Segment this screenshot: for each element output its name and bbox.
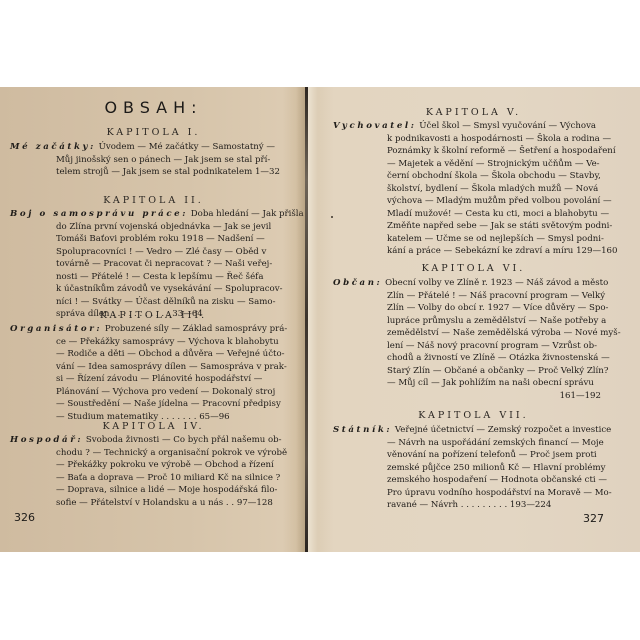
entry-line: černí obchodní škola — Škola obchodu — S… [387,170,607,183]
chapter-entry-7: Státník: Veřejné účetnictví — Zemský roz… [387,424,607,512]
gutter-shadow [296,87,305,552]
entry-line: chodu ? — Technický a organisační pokrok… [56,447,266,460]
entry-line: k podnikavosti a hospodárnosti — Škola a… [387,133,607,146]
entry-line: Můj jinošský sen o pánech — Jak jsem se … [56,154,266,167]
chapter-heading-3: KAPITOLA III. [0,310,307,321]
entry-line: Poznámky k školní reformě — Šetření a ho… [387,145,607,158]
chapter-heading-2: KAPITOLA II. [0,195,307,206]
entry-line: Spolupracovníci ! — Vedro — Zlé časy — O… [56,246,266,259]
right-page: KAPITOLA V. Vychovatel: Účel škol — Smys… [307,87,640,552]
entry-line: výchova — Mladým mužům před volbou povol… [387,195,607,208]
entry-line: katelem — Učme se od nejlepších — Smysl … [387,233,607,246]
chapter-entry-6: Občan: Obecní volby ve Zlíně r. 1923 — N… [387,277,607,402]
page-number-left: 326 [14,511,35,524]
entry-line: kání a práce — Sebekázní ke zdraví a mír… [387,245,607,258]
entry-line: nosti — Přátelé ! — Cesta k lepšímu — Ře… [56,271,266,284]
entry-line: lupráce průmyslu a zemědělství — Naše po… [387,315,607,328]
entry-line: Starý Zlín — Občané a občanky — Proč Vel… [387,365,607,378]
entry-line: školství, bydlení — Škola mladých mužů —… [387,183,607,196]
entry-line: Zlín — Přátelé ! — Náš pracovní program … [387,290,607,303]
entry-line: — Majetek a vědění — Strojnickým učňům —… [387,158,607,171]
chapter-entry-5: Vychovatel: Účel škol — Smysl vyučování … [387,120,607,258]
left-page: OBSAH: KAPITOLA I. Mé začátky: Úvodem — … [0,87,307,552]
chapter-label: Státník: [333,425,392,435]
chapter-label: Mé začátky: [10,142,96,152]
entry-line: chodů a živností ve Zlíně — Otázka živno… [387,352,607,365]
entry-line: ravané — Návrh . . . . . . . . . 193—224 [387,499,607,512]
chapter-heading-4: KAPITOLA IV. [0,421,307,432]
entry-line: Doba hledání — Jak přišla [191,209,304,219]
chapter-entry-1: Mé začátky: Úvodem — Mé začátky — Samost… [56,141,266,179]
entry-line: — Můj cíl — Jak pohlížím na naši obecní … [387,377,607,390]
entry-line: vání — Idea samosprávy dílen — Samospráv… [56,361,266,374]
chapter-heading-1: KAPITOLA I. [0,127,307,138]
entry-line: lení — Náš nový pracovní program — Vzrůs… [387,340,607,353]
entry-line: Účel škol — Smysl vyučování — Výchova [419,121,596,131]
entry-line: — Doprava, silnice a lidé — Moje hospodá… [56,484,266,497]
entry-line: Pro úpravu vodního hospodářství na Morav… [387,487,607,500]
gutter-highlight [308,87,318,552]
entry-line: Obecní volby ve Zlíně r. 1923 — Náš závo… [385,278,608,288]
entry-line: k účastníkům závodů ve vysekávání — Spol… [56,283,266,296]
entry-line: telem strojů — Jak jsem se stal podnikat… [56,166,266,179]
book-spread: OBSAH: KAPITOLA I. Mé začátky: Úvodem — … [0,87,640,552]
chapter-label: Vychovatel: [333,121,417,131]
entry-line: ce — Překážky samosprávy — Výchova k bla… [56,336,266,349]
entry-line: do Zlína první vojenská objednávka — Jak… [56,221,266,234]
chapter-heading-5: KAPITOLA V. [307,107,640,118]
chapter-label: Boj o samosprávu práce: [10,209,188,219]
entry-line: věnování na pořízení telefonů — Proč jse… [387,449,607,462]
chapter-label: Občan: [333,278,382,288]
entry-line: Probuzené síly — Základ samosprávy prá- [105,324,287,334]
entry-pages: 161—192 [387,390,607,403]
entry-line: Zlín — Volby do obcí r. 1927 — Více důvě… [387,302,607,315]
chapter-entry-2: Boj o samosprávu práce: Doba hledání — J… [56,208,266,321]
entry-line: — Baťa a doprava — Proč 10 miliard Kč na… [56,472,266,485]
entry-line: Plánování — Výchova pro vedení — Dokonal… [56,386,266,399]
page-title: OBSAH: [0,98,307,117]
entry-line: zemského hospodaření — Hodnota občanské … [387,474,607,487]
chapter-label: Organisátor: [10,324,102,334]
entry-line: Změňte napřed sebe — Jak se státi světov… [387,220,607,233]
entry-line: — Překážky pokroku ve výrobě — Obchod a … [56,459,266,472]
chapter-entry-4: Hospodář: Svoboda živnosti — Co bych přá… [56,434,266,509]
chapter-label: Hospodář: [10,435,83,445]
entry-line: — Rodiče a děti — Obchod a důvěra — Veře… [56,348,266,361]
entry-line: Veřejné účetnictví — Zemský rozpočet a i… [395,425,611,435]
entry-line: Úvodem — Mé začátky — Samostatný — [99,142,275,152]
book-gutter [305,87,308,552]
entry-line: Mladí mužové! — Cesta ku cti, moci a bla… [387,208,607,221]
entry-line: továrně — Pracovat či nepracovat ? — Naš… [56,258,266,271]
entry-line: Svoboda živnosti — Co bych přál našemu o… [86,435,282,445]
entry-line: si — Řízení závodu — Plánovité hospodářs… [56,373,266,386]
entry-line: sofie — Přátelství v Holandsku a u nás .… [56,497,266,510]
entry-line: zemědělství — Naše zemědělská výroba — N… [387,327,607,340]
page-number-right: 327 [583,512,604,525]
speck-mark [331,216,333,218]
chapter-heading-7: KAPITOLA VII. [307,410,640,421]
entry-line: — Návrh na uspořádání zemských financí —… [387,437,607,450]
entry-line: níci ! — Svátky — Účast dělníků na zisku… [56,296,266,309]
chapter-heading-6: KAPITOLA VI. [307,263,640,274]
entry-line: Tomáši Baťovi problém roku 1918 — Nadšen… [56,233,266,246]
entry-line: — Soustředění — Naše jídelna — Pracovní … [56,398,266,411]
entry-line: zemské půjčce 250 milionů Kč — Hlavní pr… [387,462,607,475]
chapter-entry-3: Organisátor: Probuzené síly — Základ sam… [56,323,266,423]
